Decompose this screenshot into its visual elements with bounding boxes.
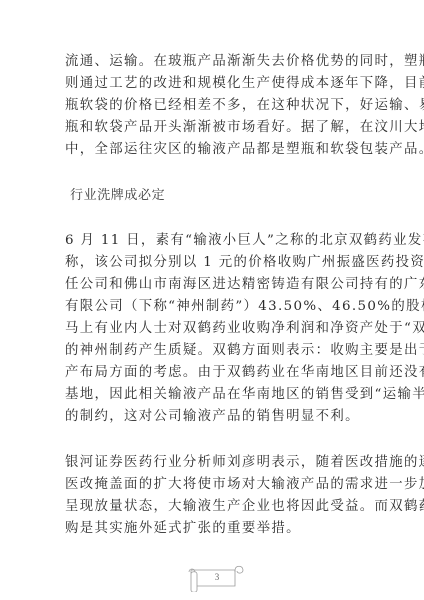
- text-line: 流通、运输。在玻瓶产品渐渐失去价格优势的同时，塑瓶软袋产品: [65, 54, 365, 70]
- text-line: 产布局方面的考虑。由于双鹤药业在华南地区目前还没有输液生产: [65, 365, 365, 381]
- text-line: 6 月 11 日，素有“输液小巨人”之称的北京双鹤药业发布公告: [65, 233, 365, 249]
- text-line: 医改掩盖面的扩大将使市场对大输液产品的需求进一步加大，市场: [65, 477, 365, 493]
- text-line: 瓶软袋的价格已经相差不多，在这种状况下，好运输、易贮存的塑: [65, 98, 365, 114]
- text-line: 中，全部运往灾区的输液产品都是塑瓶和软袋包装产品。: [65, 142, 365, 158]
- text-line: 基地，因此相关输液产品在华南地区的销售受到“运输半径”因素: [65, 387, 365, 403]
- page-number: 3: [177, 562, 247, 592]
- text-line: 的神州制药产生质疑。双鹤方面则表示：收购主要是出于对公司生: [65, 343, 365, 359]
- text-line: 任公司和佛山市南海区进达精密铸造有限公司持有的广东神州制药: [65, 277, 365, 293]
- text-line: 购是其实施外延式扩张的重要举措。: [65, 521, 365, 537]
- text-line: 则通过工艺的改进和规模化生产使得成本逐年下降，目前玻瓶和塑: [65, 76, 365, 92]
- text-line: 有限公司（下称“神州制药”）43.50%、46.50%的股权。公告一出，: [65, 299, 365, 315]
- text-line: 的制约，这对公司输液产品的销售明显不利。: [65, 409, 365, 425]
- text-line: 称，该公司拟分别以 1 元的价格收购广州振盛医药投资集团有限责: [65, 255, 365, 271]
- section-heading: 行业洗牌成必定: [70, 188, 165, 204]
- text-line: 马上有业内人士对双鹤药业收购净利润和净资产处于“双负”状态: [65, 321, 365, 337]
- text-line: 银河证券医药行业分析师刘彦明表示，随着医改措施的逐步落实，: [65, 455, 365, 471]
- page-number-text: 3: [182, 564, 252, 590]
- text-line: 呈现放量状态，大输液生产企业也将因此受益。而双鹤药业本次收: [65, 499, 365, 515]
- text-line: 瓶和软袋产品开头渐渐被市场看好。据了解，在汶川大地震的救灾: [65, 120, 365, 136]
